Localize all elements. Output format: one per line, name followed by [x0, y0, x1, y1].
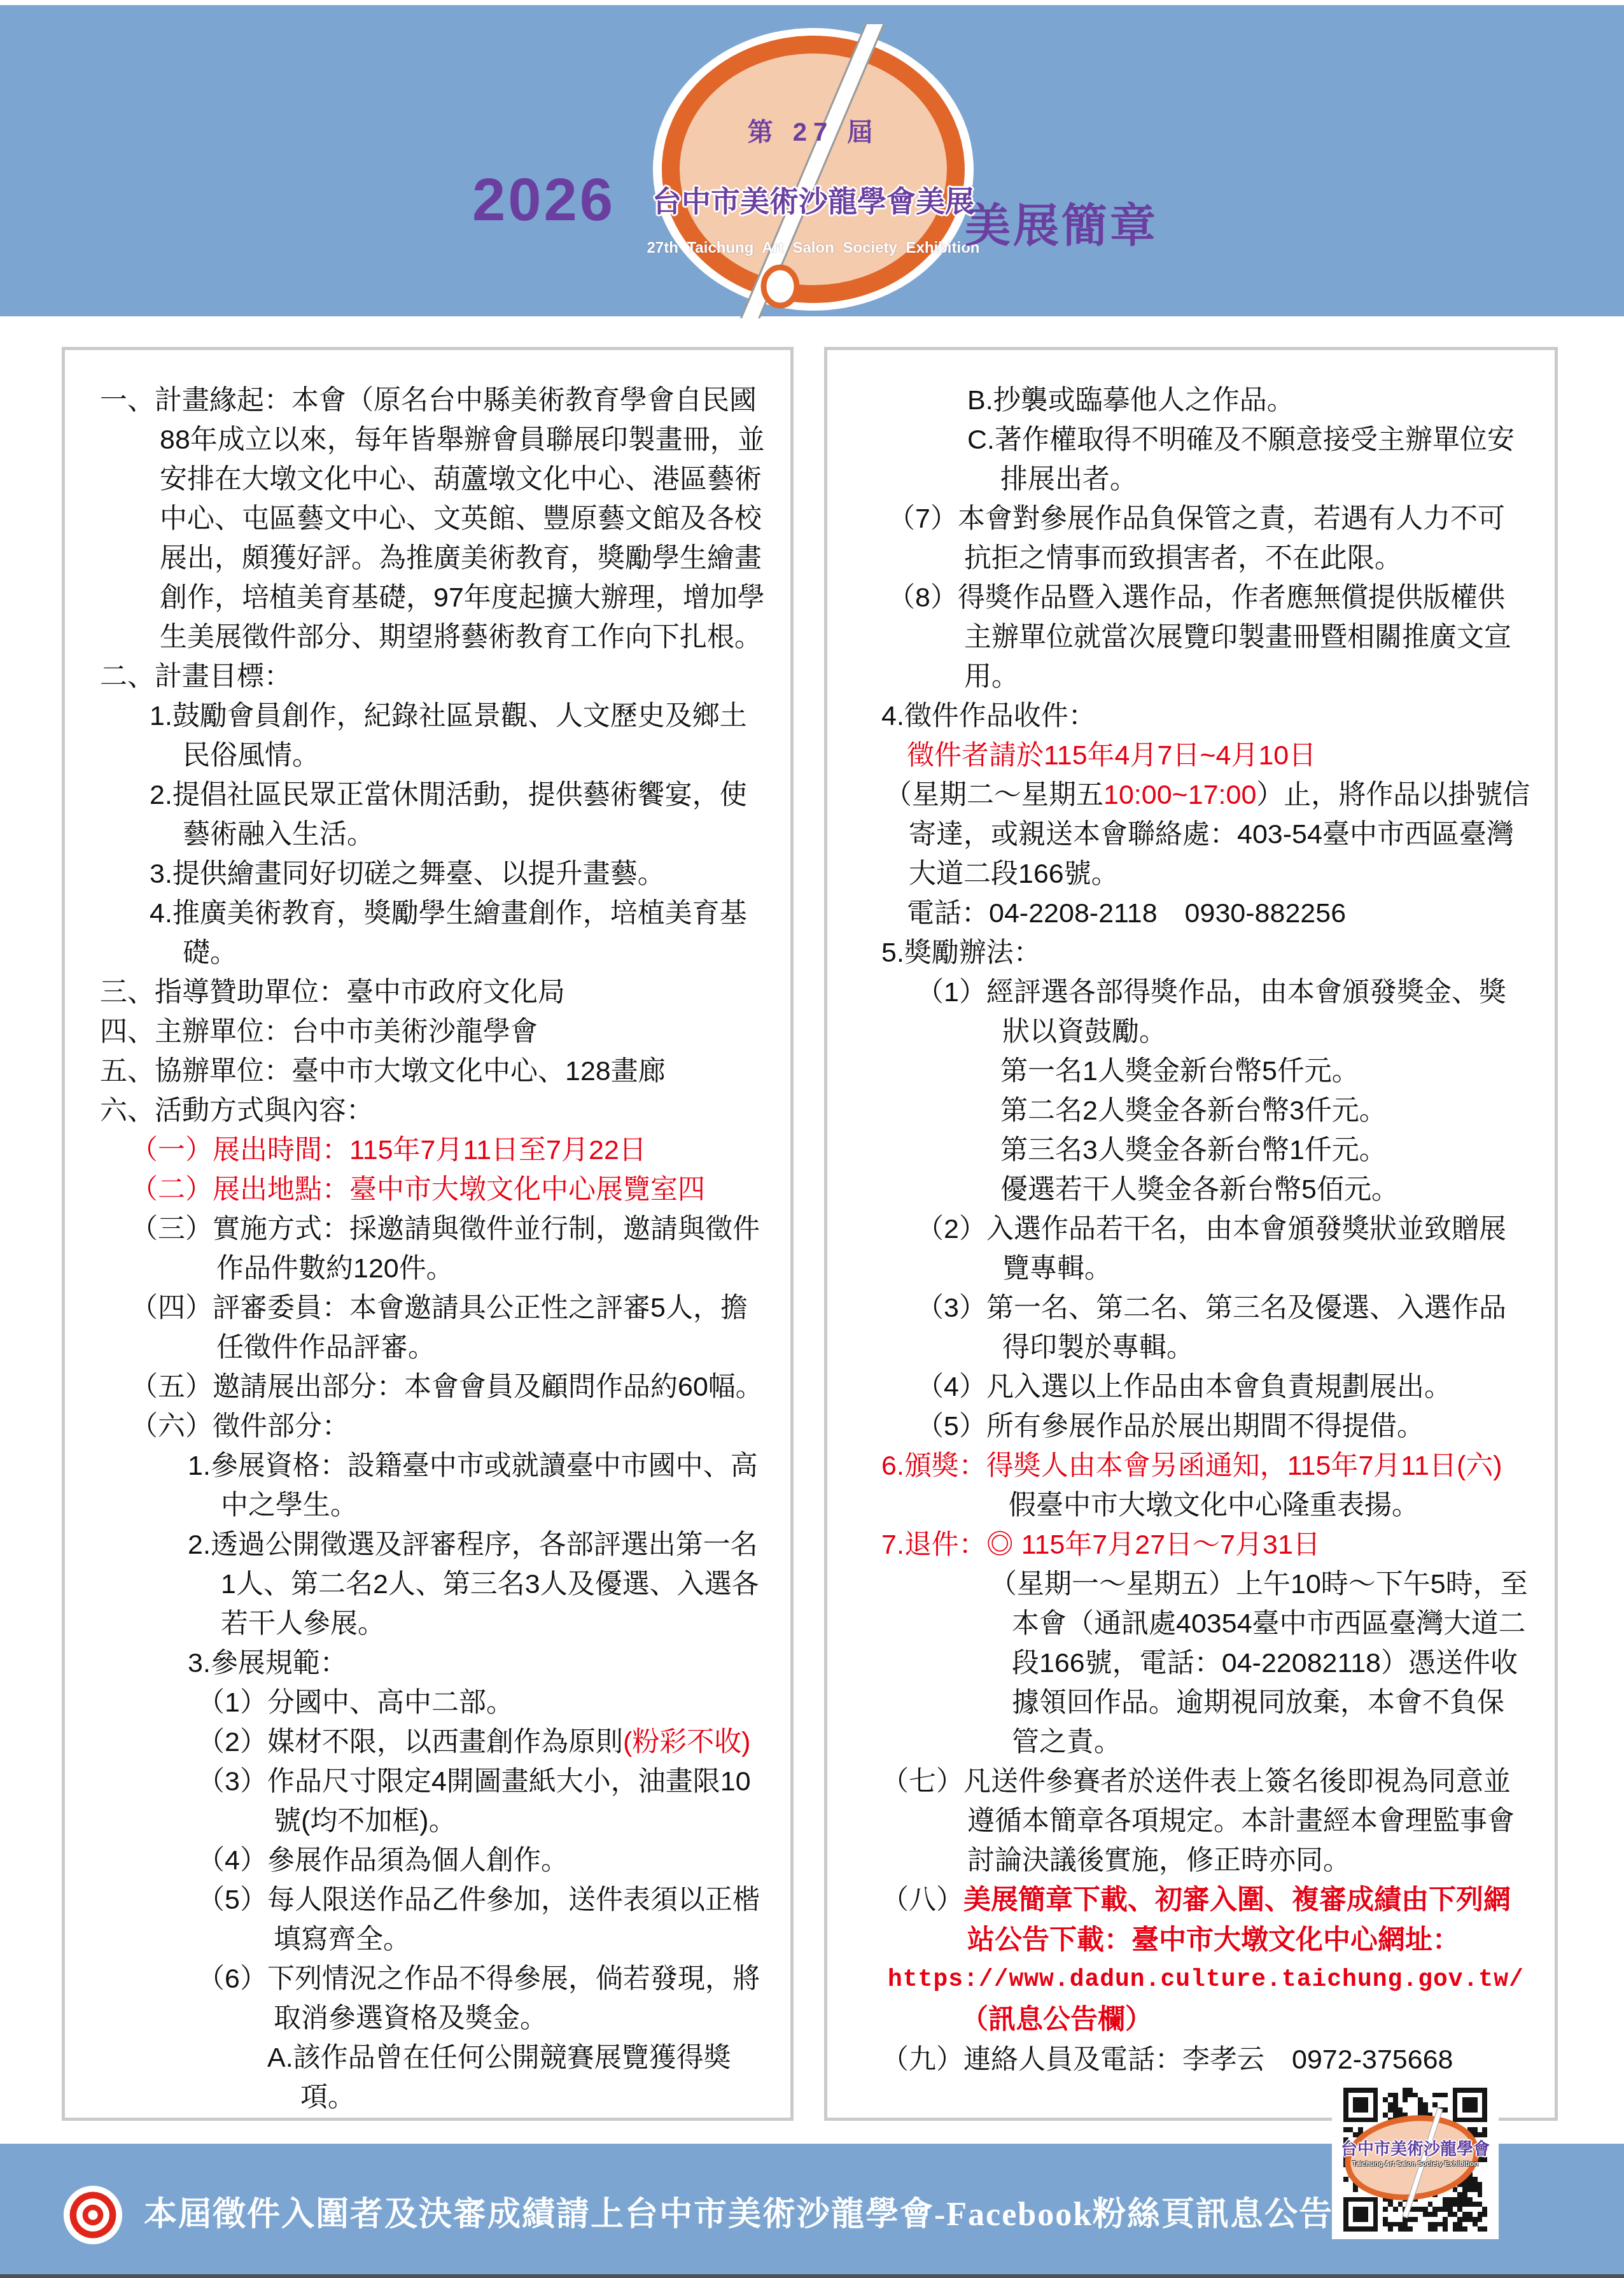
- list-marker: 3.: [150, 859, 172, 889]
- left-column-box: 一、計畫緣起：本會（原名台中縣美術教育學會自民國88年成立以來，每年皆舉辦會員聯…: [62, 347, 794, 2121]
- paragraph: （星期二～星期五10:00~17:00）止，將作品以掛號信寄達，或親送本會聯絡處…: [859, 775, 1530, 894]
- text-segment: 該作品曾在任何公開競賽展覽獲得獎項。: [293, 2042, 731, 2113]
- paragraph: 電話：04-2208-2118 0930-882256: [859, 894, 1530, 933]
- paragraph: （5）所有參展作品於展出期間不得提借。: [859, 1407, 1530, 1446]
- text-segment: 電話：04-2208-2118 0930-882256: [907, 898, 1346, 929]
- paragraph: 四、主辦單位：台中市美術沙龍學會: [97, 1012, 766, 1051]
- text-segment: 凡入選以上作品由本會負責規劃展出。: [986, 1372, 1452, 1402]
- list-marker: （一）: [130, 1135, 213, 1165]
- header-banner: 第 27 屆 2026 台中市美術沙龍學會美展 27th Taichung Ar…: [0, 5, 1624, 316]
- text-segment: 參展作品須為個人創作。: [267, 1845, 568, 1876]
- list-marker: （2）: [197, 1727, 267, 1757]
- text-segment: 主辦單位：台中市美術沙龍學會: [155, 1016, 538, 1047]
- paragraph: （四）評審委員：本會邀請具公正性之評審5人，擔任徵件作品評審。: [97, 1288, 766, 1367]
- paragraph: 6.頒獎：得獎人由本會另函通知，115年7月11日(六): [859, 1446, 1530, 1486]
- paragraph: 3.參展規範：: [97, 1643, 766, 1683]
- text-segment: 邀請展出部分：本會會員及顧問作品約60幅。: [213, 1372, 763, 1402]
- text-segment: 提供繪畫同好切磋之舞臺、以提升畫藝。: [172, 859, 665, 889]
- text-segment: https://www.dadun.culture.taichung.gov.t…: [888, 1966, 1524, 1993]
- text-segment: 優選若干人獎金各新台幣5佰元。: [1000, 1174, 1399, 1205]
- text-segment: 獎勵辦法：: [904, 938, 1041, 968]
- text-segment: 第二名2人獎金各新台幣3仟元。: [1000, 1095, 1387, 1126]
- text-segment: 入選作品若干名，由本會頒發獎狀並致贈展覽專輯。: [986, 1214, 1506, 1284]
- paragraph: （1）分國中、高中二部。: [97, 1683, 766, 1722]
- text-segment: 美展簡章下載、初審入圍、複審成績由下列網站公告下載：臺中市大墩文化中心網址：: [963, 1885, 1511, 1955]
- text-segment: 著作權取得不明確及不願意接受主辦單位安排展出者。: [995, 425, 1515, 495]
- list-marker: （2）: [916, 1214, 986, 1244]
- paragraph: 1.鼓勵會員創作，紀錄社區景觀、人文歷史及鄉土民俗風情。: [97, 696, 766, 775]
- footer-notice: 本屆徵件入圍者及決審成績請上台中市美術沙龍學會-Facebook粉絲頁訊息公告欄: [144, 2187, 1368, 2235]
- qr-center-logo: 台中市美術沙龍學會 Taichung Art Salon Society Exh…: [1332, 2080, 1499, 2239]
- qr-code: 台中市美術沙龍學會 Taichung Art Salon Society Exh…: [1332, 2080, 1499, 2239]
- paragraph: （3）作品尺寸限定4開圖畫紙大小，油畫限10號(均不加框)。: [97, 1762, 766, 1841]
- text-segment: 第一名1人獎金新台幣5仟元。: [1000, 1056, 1359, 1086]
- paragraph: 假臺中市大墩文化中心隆重表揚。: [859, 1486, 1530, 1525]
- list-marker: 五、: [100, 1056, 155, 1086]
- list-marker: （7）: [888, 503, 958, 534]
- text-segment: 得獎作品暨入選作品，作者應無償提供版權供主辦單位就當次展覽印製畫冊暨相關推廣文宣…: [958, 582, 1511, 692]
- paragraph: （6）下列情況之作品不得參展，倘若發現，將取消參選資格及獎金。: [97, 1959, 766, 2038]
- list-marker: 三、: [100, 977, 155, 1008]
- list-marker: （八）: [881, 1885, 963, 1915]
- paragraph: 5.獎勵辦法：: [859, 933, 1530, 973]
- list-marker: 1.: [188, 1451, 211, 1481]
- list-marker: （五）: [130, 1372, 213, 1402]
- list-marker: （8）: [888, 582, 958, 613]
- text-segment: 媒材不限，以西畫創作為原則: [267, 1727, 623, 1757]
- text-segment: 本會對參展作品負保管之責，若遇有人力不可抗拒之情事而致損害者，不在此限。: [958, 503, 1505, 573]
- list-marker: 4.: [150, 898, 172, 929]
- paragraph: （2）媒材不限，以西畫創作為原則(粉彩不收): [97, 1722, 766, 1762]
- list-marker: （1）: [916, 977, 986, 1008]
- paragraph: （八）美展簡章下載、初審入圍、複審成績由下列網站公告下載：臺中市大墩文化中心網址…: [859, 1880, 1530, 1960]
- list-marker: （六）: [130, 1411, 213, 1442]
- text-segment: 推廣美術教育，獎勵學生繪畫創作，培植美育基礎。: [172, 898, 747, 968]
- text-segment: 鼓勵會員創作，紀錄社區景觀、人文歷史及鄉土民俗風情。: [172, 701, 747, 771]
- text-segment: （星期二～星期五: [885, 780, 1103, 810]
- list-marker: 5.: [881, 938, 904, 968]
- exhibition-title-en: 27th Taichung Art Salon Society Exhibiti…: [645, 239, 982, 257]
- list-marker: （4）: [916, 1372, 986, 1402]
- paragraph: B.抄襲或臨摹他人之作品。: [859, 381, 1530, 420]
- paragraph: （星期一～星期五）上午10時～下午5時，至本會（通訊處40354臺中市西區臺灣大…: [859, 1564, 1530, 1762]
- paragraph: 第一名1人獎金新台幣5仟元。: [859, 1051, 1530, 1091]
- list-marker: （4）: [197, 1845, 267, 1876]
- text-segment: 退件：◎ 115年7月27日～7月31日: [904, 1529, 1320, 1560]
- paragraph: A.該作品曾在任何公開競賽展覽獲得獎項。: [97, 2038, 766, 2117]
- list-marker: B.: [967, 385, 993, 416]
- list-marker: 2.: [150, 780, 172, 810]
- paragraph: （六）徵件部分：: [97, 1407, 766, 1446]
- list-marker: （三）: [130, 1214, 213, 1244]
- paragraph: 2.提倡社區民眾正當休閒活動，提供藝術饗宴，使藝術融入生活。: [97, 775, 766, 854]
- list-marker: 6.: [881, 1451, 904, 1481]
- text-segment: 分國中、高中二部。: [267, 1687, 514, 1718]
- list-marker: C.: [967, 425, 995, 455]
- paragraph: （九）連絡人員及電話：李孝云 0972-375668: [859, 2040, 1530, 2079]
- paragraph: 五、協辦單位：臺中市大墩文化中心、128畫廊: [97, 1051, 766, 1091]
- paragraph: 4.徵件作品收件：: [859, 696, 1530, 736]
- year-label: 2026: [472, 165, 615, 234]
- text-segment: 提倡社區民眾正當休閒活動，提供藝術饗宴，使藝術融入生活。: [172, 780, 747, 850]
- text-segment: 所有參展作品於展出期間不得提借。: [986, 1411, 1424, 1442]
- edition-badge: 第 27 屆: [651, 112, 976, 148]
- text-segment: 連絡人員及電話：李孝云 0972-375668: [963, 2044, 1453, 2075]
- paragraph: 1.參展資格：設籍臺中市或就讀臺中市國中、高中之學生。: [97, 1446, 766, 1525]
- text-segment: 徵件者請於115年4月7日~4月10日: [907, 740, 1316, 771]
- document-title: 美展簡章: [965, 188, 1158, 255]
- text-segment: 頒獎：得獎人由本會另函通知，115年7月11日(六): [904, 1451, 1502, 1481]
- list-marker: 3.: [188, 1648, 211, 1678]
- qr-label-zh: 台中市美術沙龍學會: [1332, 2136, 1499, 2160]
- list-marker: 六、: [100, 1095, 155, 1126]
- page-bottom-edge: [0, 2274, 1624, 2278]
- paragraph: （5）每人限送作品乙件參加，送件表須以正楷填寫齊全。: [97, 1880, 766, 1959]
- paragraph: 4.推廣美術教育，獎勵學生繪畫創作，培植美育基礎。: [97, 894, 766, 973]
- text-segment: 經評選各部得獎作品，由本會頒發獎金、獎狀以資鼓勵。: [986, 977, 1506, 1047]
- list-marker: 2.: [188, 1529, 211, 1560]
- paragraph: 2.透過公開徵選及評審程序，各部評選出第一名1人、第二名2人、第三名3人及優選、…: [97, 1525, 766, 1643]
- text-segment: 徵件部分：: [213, 1411, 349, 1442]
- dadun-url-link[interactable]: https://www.dadun.culture.taichung.gov.t…: [859, 1960, 1530, 2000]
- list-marker: （二）: [130, 1174, 213, 1205]
- text-segment: 指導贊助單位：臺中市政府文化局: [155, 977, 565, 1008]
- paragraph: （2）入選作品若干名，由本會頒發獎狀並致贈展覽專輯。: [859, 1209, 1530, 1288]
- list-marker: 二、: [100, 661, 155, 692]
- text-segment: 第三名3人獎金各新台幣1仟元。: [1000, 1135, 1387, 1165]
- text-segment: (粉彩不收): [623, 1727, 751, 1757]
- list-marker: 四、: [100, 1016, 155, 1047]
- text-segment: 每人限送作品乙件參加，送件表須以正楷填寫齊全。: [267, 1885, 760, 1955]
- paragraph: C.著作權取得不明確及不願意接受主辦單位安排展出者。: [859, 420, 1530, 499]
- text-segment: 參展資格：設籍臺中市或就讀臺中市國中、高中之學生。: [211, 1451, 758, 1521]
- text-segment: 活動方式與內容：: [155, 1095, 374, 1126]
- paragraph: 二、計畫目標：: [97, 657, 766, 696]
- text-segment: （星期一～星期五）上午10時～下午5時，至本會（通訊處40354臺中市西區臺灣大…: [990, 1569, 1528, 1757]
- list-marker: （3）: [197, 1766, 267, 1797]
- list-marker: （5）: [916, 1411, 986, 1442]
- paragraph: 第三名3人獎金各新台幣1仟元。: [859, 1130, 1530, 1170]
- text-segment: 假臺中市大墩文化中心隆重表揚。: [1009, 1490, 1419, 1521]
- right-column-box: B.抄襲或臨摹他人之作品。C.著作權取得不明確及不願意接受主辦單位安排展出者。（…: [824, 347, 1558, 2121]
- paragraph: 3.提供繪畫同好切磋之舞臺、以提升畫藝。: [97, 854, 766, 894]
- list-marker: （四）: [130, 1293, 213, 1323]
- paragraph: （一）展出時間：115年7月11日至7月22日: [97, 1130, 766, 1170]
- palette-brush-logo-icon: [648, 24, 979, 318]
- text-segment: （訊息公告欄）: [961, 2005, 1152, 2035]
- paragraph: 一、計畫緣起：本會（原名台中縣美術教育學會自民國88年成立以來，每年皆舉辦會員聯…: [97, 381, 766, 657]
- list-marker: （6）: [197, 1964, 267, 1994]
- paragraph: （3）第一名、第二名、第三名及優選、入選作品得印製於專輯。: [859, 1288, 1530, 1367]
- list-marker: （1）: [197, 1687, 267, 1718]
- text-segment: 作品尺寸限定4開圖畫紙大小，油畫限10號(均不加框)。: [267, 1766, 751, 1836]
- paragraph: 六、活動方式與內容：: [97, 1091, 766, 1130]
- text-segment: 徵件作品收件：: [904, 701, 1096, 731]
- text-segment: 透過公開徵選及評審程序，各部評選出第一名1人、第二名2人、第三名3人及優選、入選…: [211, 1529, 759, 1639]
- text-segment: 抄襲或臨摹他人之作品。: [993, 385, 1294, 416]
- text-segment: 第一名、第二名、第三名及優選、入選作品得印製於專輯。: [986, 1293, 1506, 1363]
- text-segment: 計畫目標：: [155, 661, 291, 692]
- text-segment: 凡送件參賽者於送件表上簽名後即視為同意並遵循本簡章各項規定。本計畫經本會理監事會…: [963, 1766, 1515, 1876]
- paragraph: （三）實施方式：採邀請與徵件並行制，邀請與徵件作品件數約120件。: [97, 1209, 766, 1288]
- list-marker: 1.: [150, 701, 172, 731]
- paragraph: （8）得獎作品暨入選作品，作者應無償提供版權供主辦單位就當次展覽印製畫冊暨相關推…: [859, 578, 1530, 696]
- paragraph: （七）凡送件參賽者於送件表上簽名後即視為同意並遵循本簡章各項規定。本計畫經本會理…: [859, 1762, 1530, 1880]
- text-segment: 協辦單位：臺中市大墩文化中心、128畫廊: [155, 1056, 666, 1086]
- list-marker: （3）: [916, 1293, 986, 1323]
- page: 第 27 屆 2026 台中市美術沙龍學會美展 27th Taichung Ar…: [0, 0, 1624, 2278]
- text-segment: 計畫緣起：本會（原名台中縣美術教育學會自民國88年成立以來，每年皆舉辦會員聯展印…: [155, 385, 765, 652]
- list-marker: 一、: [100, 385, 155, 416]
- text-segment: 10:00~17:00: [1103, 780, 1256, 810]
- list-marker: 4.: [881, 701, 904, 731]
- paragraph: 7.退件：◎ 115年7月27日～7月31日: [859, 1525, 1530, 1564]
- paragraph: 優選若干人獎金各新台幣5佰元。: [859, 1170, 1530, 1209]
- list-marker: （九）: [881, 2044, 963, 2075]
- list-marker: （七）: [881, 1766, 963, 1797]
- qr-label-en: Taichung Art Salon Society Exhibition: [1332, 2160, 1499, 2168]
- text-segment: 參展規範：: [211, 1648, 347, 1678]
- paragraph: 徵件者請於115年4月7日~4月10日: [859, 736, 1530, 775]
- text-segment: 評審委員：本會邀請具公正性之評審5人，擔任徵件作品評審。: [213, 1293, 748, 1363]
- target-icon: [62, 2184, 123, 2246]
- paragraph: 第二名2人獎金各新台幣3仟元。: [859, 1091, 1530, 1130]
- paragraph: （4）參展作品須為個人創作。: [97, 1841, 766, 1880]
- list-marker: 7.: [881, 1529, 904, 1560]
- paragraph: 三、指導贊助單位：臺中市政府文化局: [97, 973, 766, 1012]
- text-segment: 展出時間：115年7月11日至7月22日: [213, 1135, 647, 1165]
- list-marker: A.: [267, 2042, 293, 2073]
- paragraph: （1）經評選各部得獎作品，由本會頒發獎金、獎狀以資鼓勵。: [859, 973, 1530, 1051]
- paragraph: （五）邀請展出部分：本會會員及顧問作品約60幅。: [97, 1367, 766, 1407]
- text-segment: 實施方式：採邀請與徵件並行制，邀請與徵件作品件數約120件。: [213, 1214, 760, 1284]
- exhibition-title-zh: 台中市美術沙龍學會美展: [645, 178, 982, 220]
- paragraph: （訊息公告欄）: [859, 2000, 1530, 2040]
- paragraph: （7）本會對參展作品負保管之責，若遇有人力不可抗拒之情事而致損害者，不在此限。: [859, 499, 1530, 578]
- list-marker: （5）: [197, 1885, 267, 1915]
- text-segment: 下列情況之作品不得參展，倘若發現，將取消參選資格及獎金。: [267, 1964, 760, 2034]
- paragraph: （二）展出地點：臺中市大墩文化中心展覽室四: [97, 1170, 766, 1209]
- text-segment: 展出地點：臺中市大墩文化中心展覽室四: [213, 1174, 705, 1205]
- paragraph: （4）凡入選以上作品由本會負責規劃展出。: [859, 1367, 1530, 1407]
